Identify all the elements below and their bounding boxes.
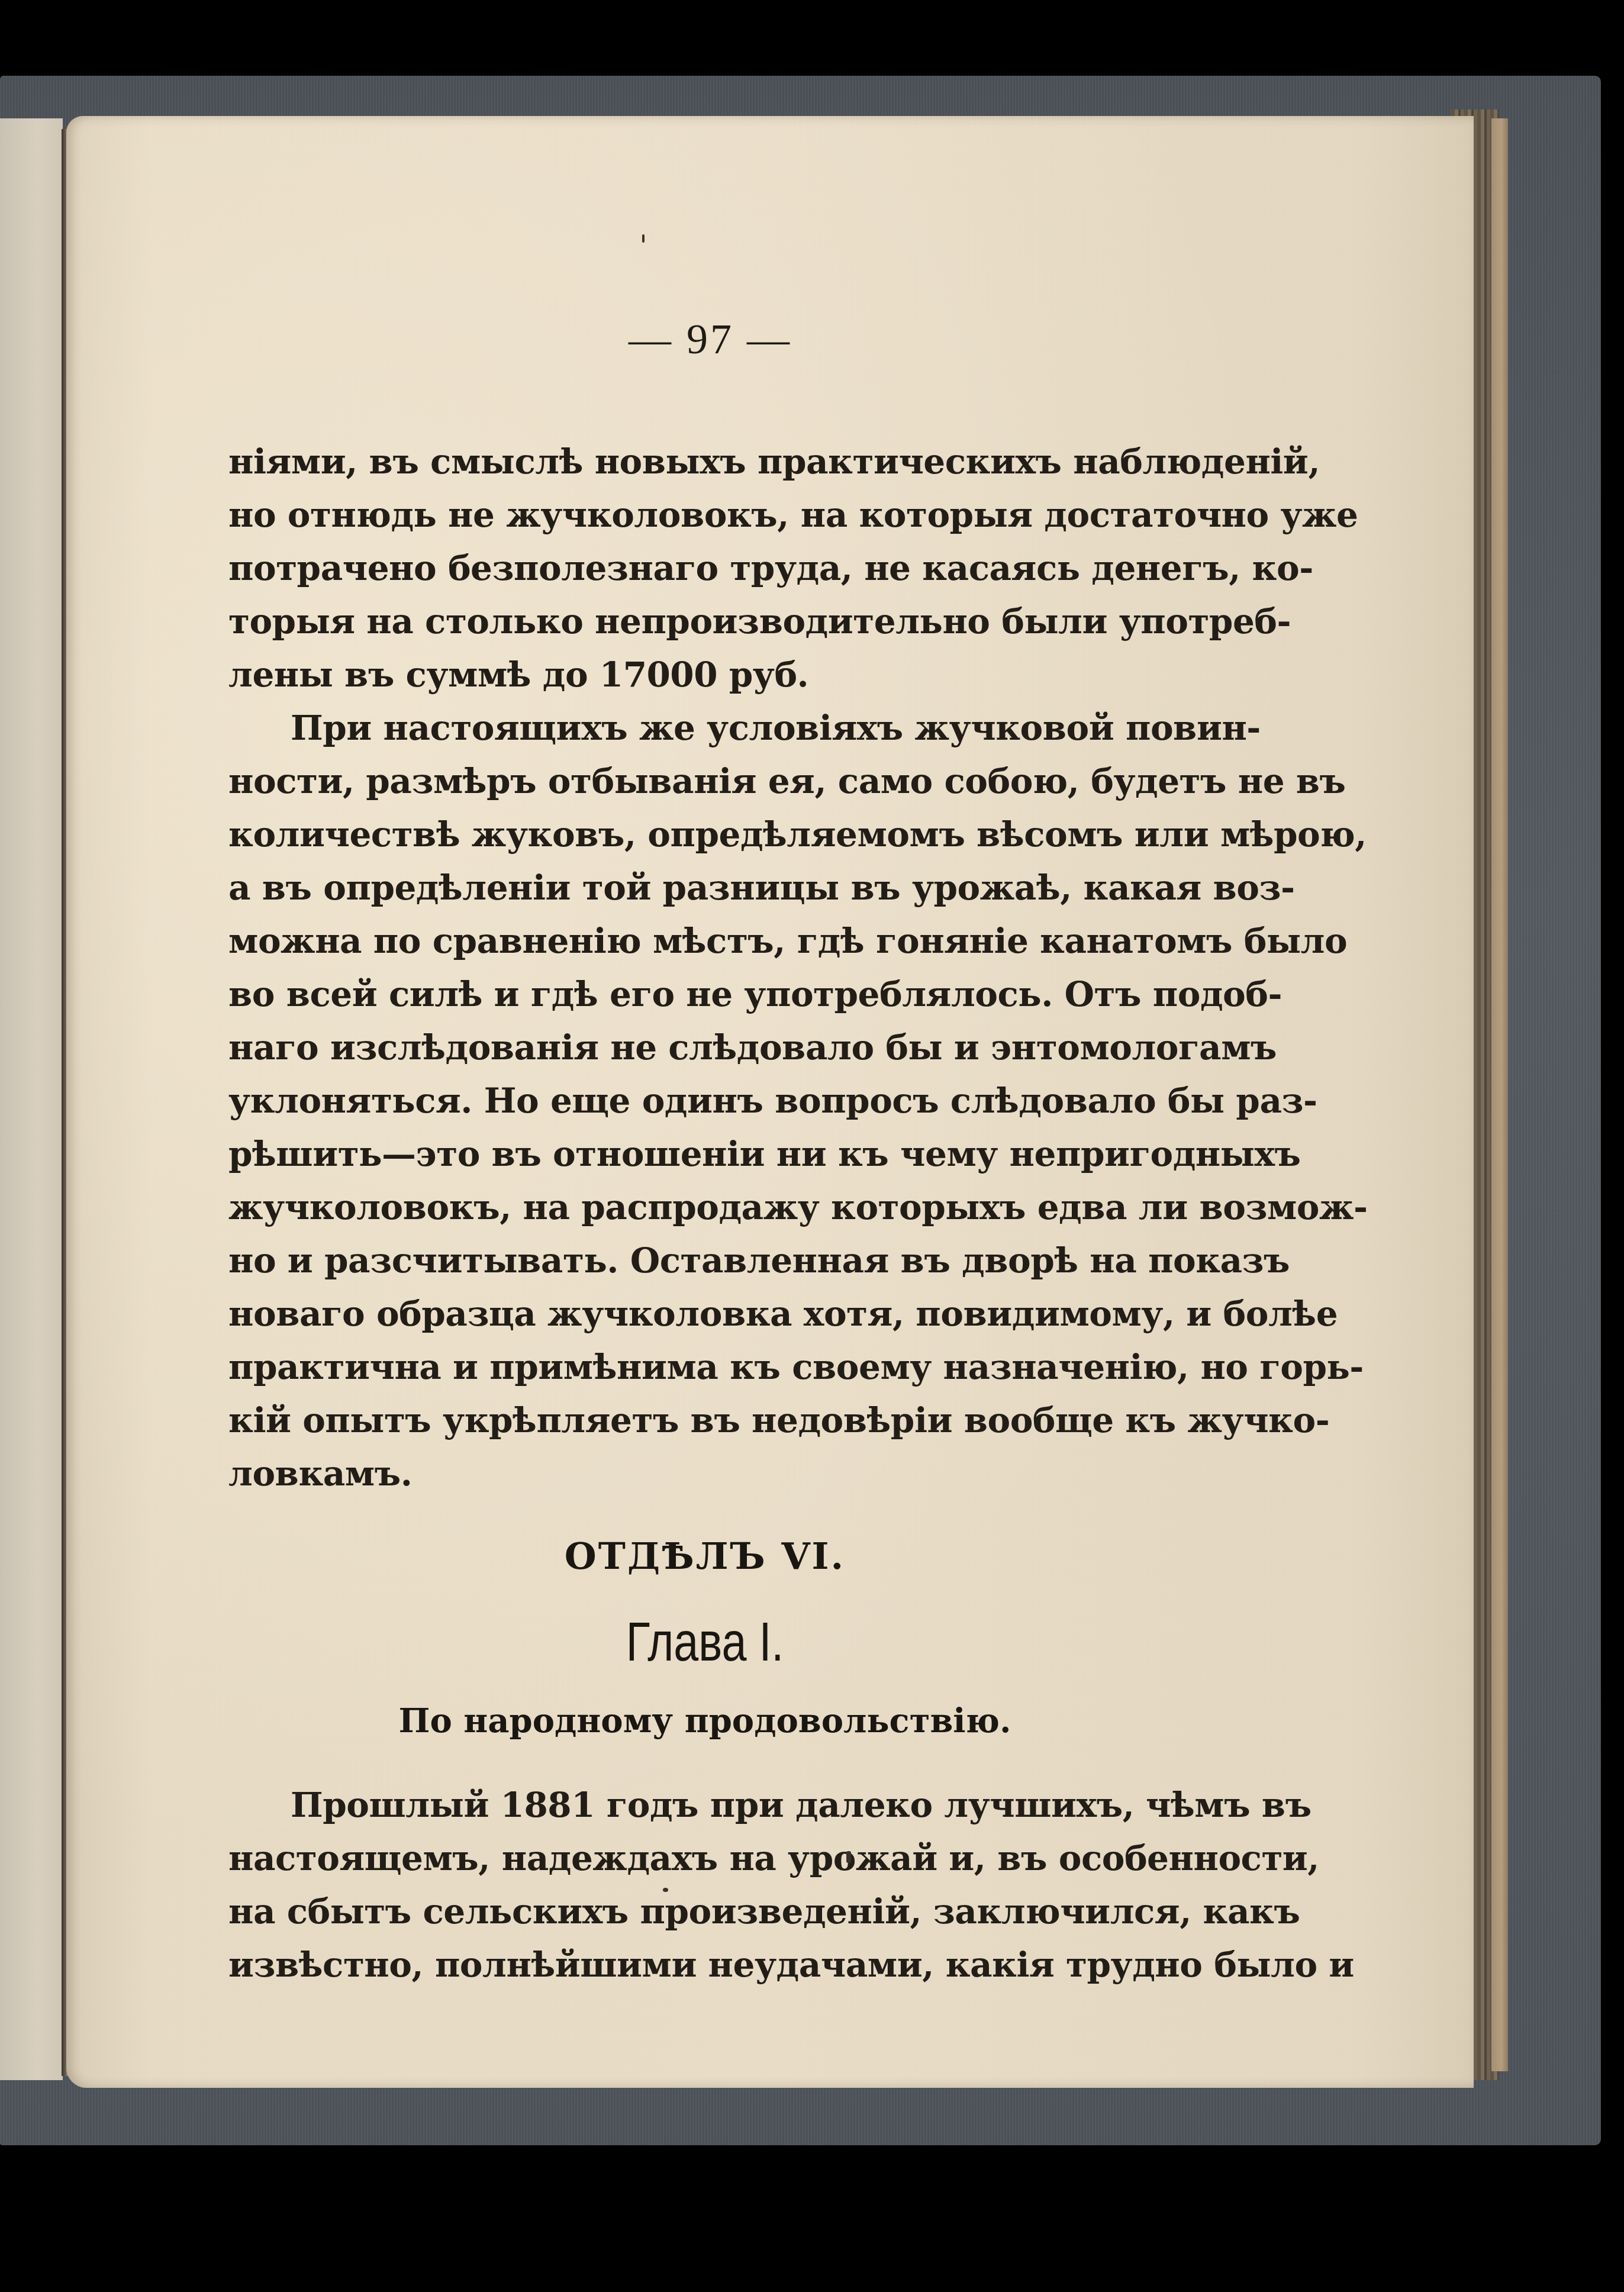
text-line: жучколовокъ, на распродажу которыхъ едва… xyxy=(228,1184,1181,1231)
text-line: настоящемъ, надеждахъ на урожай и, въ ос… xyxy=(228,1835,1181,1882)
print-speck xyxy=(642,234,645,243)
text-line: потрачено безполезнаго труда, не касаясь… xyxy=(228,544,1181,592)
text-line: можна по сравненію мѣстъ, гдѣ гоняніе ка… xyxy=(228,917,1181,965)
text-line: кій опытъ укрѣпляетъ въ недовѣріи вообще… xyxy=(228,1397,1181,1444)
text-line: а въ опредѣленіи той разницы въ урожаѣ, … xyxy=(228,864,1181,911)
text-line: во всей силѣ и гдѣ его не употреблялось.… xyxy=(228,971,1181,1018)
section-heading: ОТДѢЛЪ VI. xyxy=(228,1533,1181,1580)
chapter-subtitle: По народному продовольствію. xyxy=(228,1698,1181,1743)
text-line: ловкамъ. xyxy=(228,1450,1181,1497)
text-line: ности, размѣръ отбыванія ея, само собою,… xyxy=(228,757,1181,805)
text-line: уклоняться. Но еще одинъ вопросъ слѣдова… xyxy=(228,1077,1181,1124)
print-speck xyxy=(663,1888,668,1892)
text-line: При настоящихъ же условіяхъ жучковой пов… xyxy=(228,704,1181,752)
text-line: но отнюдь не жучколовокъ, на которыя дос… xyxy=(228,491,1181,539)
text-line: Прошлый 1881 годъ при далеко лучшихъ, чѣ… xyxy=(228,1781,1181,1829)
page-edge-light xyxy=(1491,118,1508,2071)
text-line: количествѣ жуковъ, опредѣляемомъ вѣсомъ … xyxy=(228,811,1181,858)
page-number: — 97 — xyxy=(592,312,829,366)
text-line: на сбытъ сельскихъ произведеній, заключи… xyxy=(228,1888,1181,1935)
text-line: новаго образца жучколовка хотя, повидимо… xyxy=(228,1290,1181,1337)
text-line: лены въ суммѣ до 17000 руб. xyxy=(228,651,1181,698)
text-line: рѣшить—это въ отношеніи ни къ чему непри… xyxy=(228,1130,1181,1178)
text-line: торыя на столько непроизводительно были … xyxy=(228,598,1181,645)
chapter-heading: Глава I. xyxy=(314,1610,1095,1675)
previous-page-edge xyxy=(0,118,63,2080)
text-line: извѣстно, полнѣйшими неудачами, какія тр… xyxy=(228,1941,1181,1988)
text-line: но и разсчитывать. Оставленная въ дворѣ … xyxy=(228,1237,1181,1284)
print-speck xyxy=(846,1851,851,1863)
text-line: ніями, въ смыслѣ новыхъ практическихъ на… xyxy=(228,438,1181,485)
text-line: наго изслѣдованія не слѣдовало бы и энто… xyxy=(228,1024,1181,1071)
text-line: практична и примѣнима къ своему назначен… xyxy=(228,1343,1181,1391)
